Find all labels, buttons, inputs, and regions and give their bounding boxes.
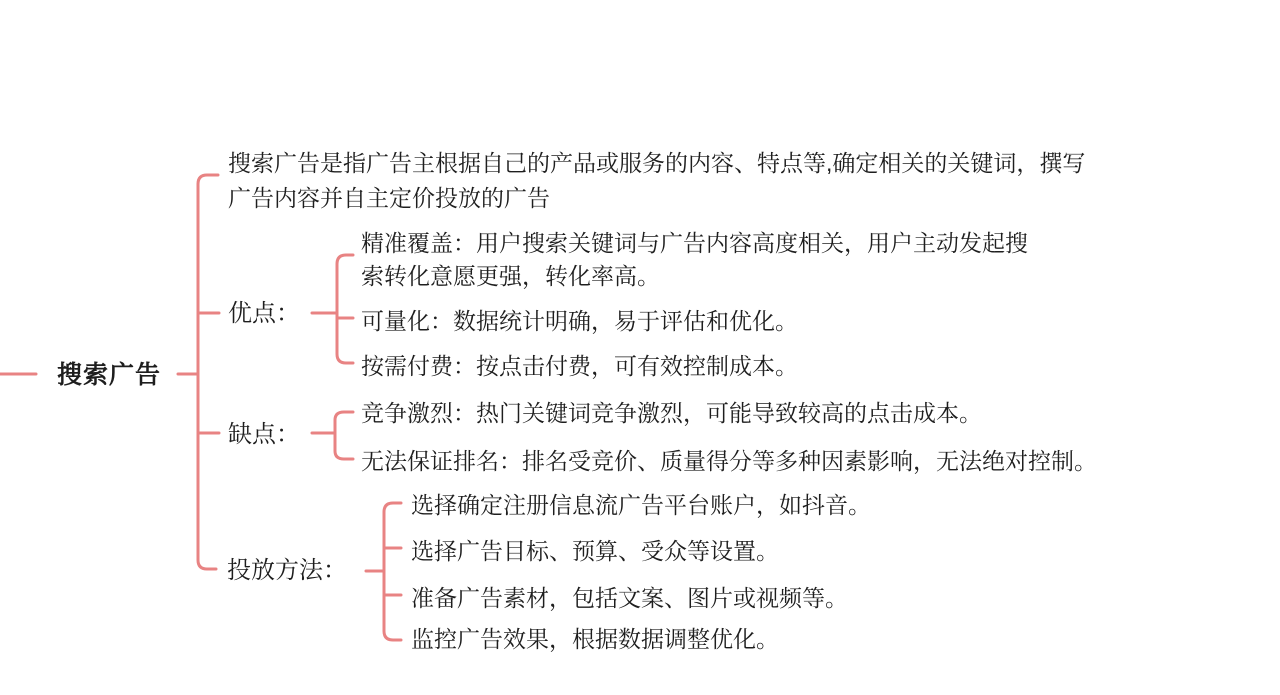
- methods-item-1: 选择确定注册信息流广告平台账户，如抖音。: [411, 492, 871, 519]
- advantages-item-2: 可量化：数据统计明确，易于评估和优化。: [361, 308, 798, 335]
- advantages-item-1: 精准覆盖：用户搜索关键词与广告内容高度相关，用户主动发起搜 索转化意愿更强，转化…: [361, 227, 1028, 293]
- methods-label: 投放方法：: [227, 557, 347, 585]
- root-node-label: 搜索广告: [57, 361, 161, 389]
- advantages-item-1-line-2: 索转化意愿更强，转化率高。: [361, 260, 1028, 293]
- advantages-label: 优点：: [228, 300, 300, 328]
- methods-item-3: 准备广告素材，包括文案、图片或视频等。: [411, 585, 848, 612]
- disadvantages-item-2: 无法保证排名：排名受竞价、质量得分等多种因素影响，无法绝对控制。: [361, 448, 1097, 475]
- main-trunk: [198, 175, 218, 569]
- definition-text: 搜索广告是指广告主根据自己的产品或服务的内容、特点等,确定相关的关键词，撰写 广…: [228, 146, 1085, 216]
- advantages-item-1-line-1: 精准覆盖：用户搜索关键词与广告内容高度相关，用户主动发起搜: [361, 227, 1028, 260]
- disadvantages-label: 缺点：: [228, 421, 300, 449]
- methods-item-4: 监控广告效果，根据数据调整优化。: [411, 626, 779, 653]
- mindmap-canvas: 搜索广告 搜索广告是指广告主根据自己的产品或服务的内容、特点等,确定相关的关键词…: [0, 0, 1280, 695]
- advantages-item-3: 按需付费：按点击付费，可有效控制成本。: [361, 353, 798, 380]
- methods-item-2: 选择广告目标、预算、受众等设置。: [411, 538, 779, 565]
- definition-line-1: 搜索广告是指广告主根据自己的产品或服务的内容、特点等,确定相关的关键词，撰写: [228, 146, 1085, 181]
- disadvantages-item-1: 竞争激烈：热门关键词竞争激烈，可能导致较高的点击成本。: [361, 400, 982, 427]
- definition-line-2: 广告内容并自主定价投放的广告: [228, 181, 1085, 216]
- advantages-subtrunk: [337, 255, 353, 363]
- disadvantages-subtrunk: [335, 412, 353, 459]
- methods-subtrunk: [384, 503, 401, 640]
